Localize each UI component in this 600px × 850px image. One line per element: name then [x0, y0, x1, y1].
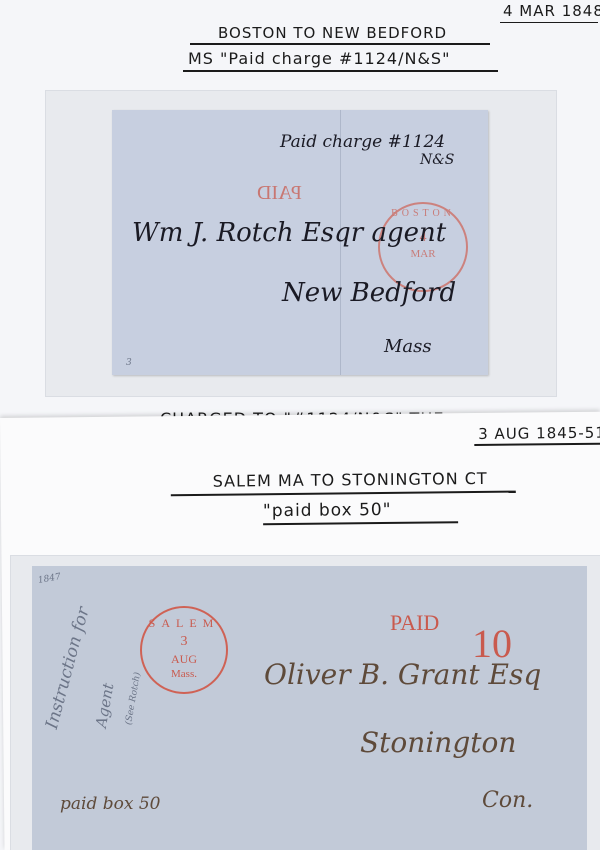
page2-date-underline	[474, 443, 600, 446]
manuscript-paid-box-50: paid box 50	[60, 794, 160, 814]
address-city: Stonington	[360, 726, 516, 759]
postmark-month: AUG	[142, 652, 226, 667]
page1-subtitle-underline	[183, 70, 498, 72]
pencil-year: 1847	[37, 572, 61, 586]
cover-salem-stonington[interactable]: 1847 SALEM 3 AUG Mass. PAID 10 Instructi…	[32, 566, 587, 850]
postmark-day: 3	[142, 634, 226, 650]
pencil-note-see: (See Rotch)	[124, 671, 143, 725]
page2-title-marking: "paid box 50"	[263, 500, 392, 521]
address-state: Mass	[384, 336, 432, 357]
corner-mark: 3	[126, 358, 132, 368]
postmark-state: Mass.	[142, 668, 226, 680]
faint-bleedthrough-text	[341, 509, 344, 520]
page1-title-underline	[190, 43, 490, 45]
page2-title-underline	[171, 491, 516, 497]
page2-date: 3 AUG 1845-51	[478, 424, 600, 443]
postmark-town: SALEM	[142, 616, 226, 631]
address-city: New Bedford	[282, 278, 456, 308]
address-name: Wm J. Rotch Esqr agent	[132, 218, 446, 248]
postmark-month: MAR	[380, 248, 466, 260]
pencil-note-instruction: Instruction for	[42, 605, 94, 731]
page1-date-underline	[500, 22, 598, 23]
page2-title-route: SALEM MA TO STONINGTON CT	[213, 469, 488, 491]
page2-subtitle-underline	[263, 521, 458, 525]
address-state: Con.	[482, 788, 533, 813]
salem-postmark: SALEM 3 AUG Mass.	[140, 606, 228, 694]
manuscript-ns: N&S	[420, 152, 454, 168]
page1-title-marking: MS "Paid charge #1124/N&S"	[188, 49, 450, 68]
paid-stamp-mirrored: PAID	[257, 182, 302, 205]
pencil-note-agent: Agent	[92, 682, 118, 729]
page1-title-route: BOSTON TO NEW BEDFORD	[218, 24, 447, 42]
paid-stamp: PAID	[390, 610, 439, 636]
page1-date: 4 MAR 1848	[503, 2, 600, 20]
album-page-boston: 4 MAR 1848 BOSTON TO NEW BEDFORD MS "Pai…	[0, 0, 600, 430]
address-name: Oliver B. Grant Esq	[264, 658, 541, 691]
manuscript-paid-charge: Paid charge #1124	[280, 132, 445, 152]
cover-boston-new-bedford[interactable]: Paid charge #1124 N&S PAID BOSTON 4 MAR …	[112, 110, 488, 375]
